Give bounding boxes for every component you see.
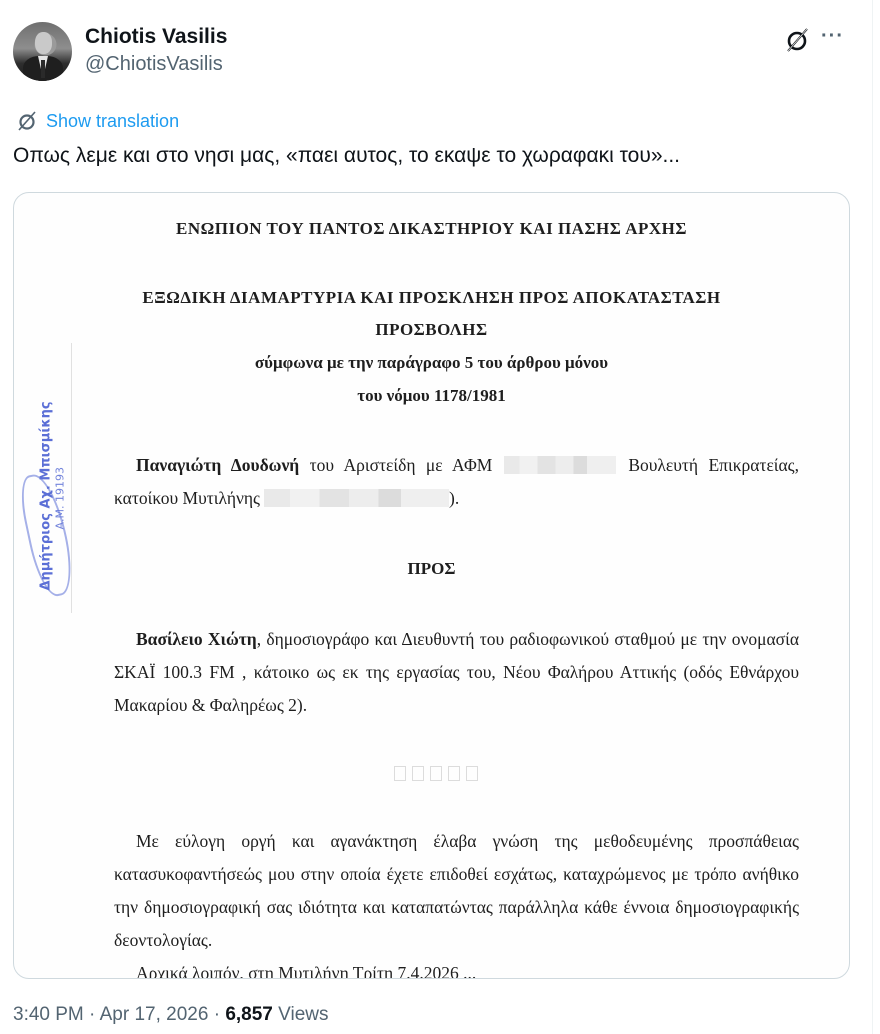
doc-heading-3: ΠΡΟΣΒΟΛΗΣ xyxy=(14,320,849,340)
views-count: 6,857 xyxy=(225,1004,273,1025)
column-divider xyxy=(872,0,873,1034)
author-handle[interactable]: @ChiotisVasilis xyxy=(85,51,227,77)
grok-translate-icon xyxy=(16,110,38,132)
tweet-text: Οπως λεμε και στο νησι μας, «παει αυτος,… xyxy=(13,144,680,168)
document-scan: Δημήτριος Αχ. Μπισμίκης Α.Μ. 19193 ΕΝΩΠΙ… xyxy=(14,193,849,979)
attached-image[interactable]: Δημήτριος Αχ. Μπισμίκης Α.Μ. 19193 ΕΝΩΠΙ… xyxy=(13,192,850,979)
tweet-header: Chiotis Vasilis @ChiotisVasilis ··· xyxy=(13,22,853,82)
more-options-icon: ··· xyxy=(821,25,844,47)
recipient-name: Βασίλειο Χιώτη xyxy=(136,629,257,649)
doc-to-label: ΠΡΟΣ xyxy=(14,559,849,579)
author-display-name[interactable]: Chiotis Vasilis xyxy=(85,24,227,50)
doc-body-paragraph: Με εύλογη οργή και αγανάκτηση έλαβα γνώσ… xyxy=(114,825,799,957)
author-names: Chiotis Vasilis @ChiotisVasilis xyxy=(85,24,227,77)
redacted-tax-id xyxy=(504,456,616,474)
doc-heading-5: του νόμου 1178/1981 xyxy=(14,386,849,406)
tweet-time[interactable]: 3:40 PM xyxy=(13,1004,84,1025)
doc-heading-2: ΕΞΩΔΙΚΗ ΔΙΑΜΑΡΤΥΡΙΑ ΚΑΙ ΠΡΟΣΚΛΗΣΗ ΠΡΟΣ Α… xyxy=(14,288,849,308)
signature xyxy=(16,470,79,599)
show-translation-button[interactable]: Show translation xyxy=(16,110,179,132)
doc-sender-paragraph: Παναγιώτη Δουδωνή του Αριστείδη με ΑΦΜΒο… xyxy=(114,449,799,515)
more-options-button[interactable]: ··· xyxy=(821,28,851,52)
sender-name: Παναγιώτη Δουδωνή xyxy=(136,455,299,475)
tweet-date[interactable]: Apr 17, 2026 xyxy=(100,1004,209,1025)
doc-heading-4: σύμφωνα με την παράγραφο 5 του άρθρου μό… xyxy=(14,353,849,373)
doc-heading-1: ΕΝΩΠΙΟΝ ΤΟΥ ΠΑΝΤΟΣ ΔΙΚΑΣΤΗΡΙΟΥ ΚΑΙ ΠΑΣΗΣ… xyxy=(14,219,849,239)
avatar[interactable] xyxy=(13,22,72,81)
views-label: Views xyxy=(278,1004,328,1025)
doc-recipient-paragraph: Βασίλειο Χιώτη, δημοσιογράφο και Διευθυν… xyxy=(114,623,799,722)
tweet-meta: 3:40 PM · Apr 17, 2026 · 6,857 Views xyxy=(13,1004,328,1026)
doc-body-cutoff: Αρχικά λοιπόν, στη Μυτιλήνη Τρίτη 7.4.20… xyxy=(114,957,476,979)
show-translation-label[interactable]: Show translation xyxy=(46,111,179,132)
redacted-address xyxy=(264,489,449,507)
grok-icon[interactable] xyxy=(783,26,811,54)
placeholder-glyphs xyxy=(394,766,478,781)
